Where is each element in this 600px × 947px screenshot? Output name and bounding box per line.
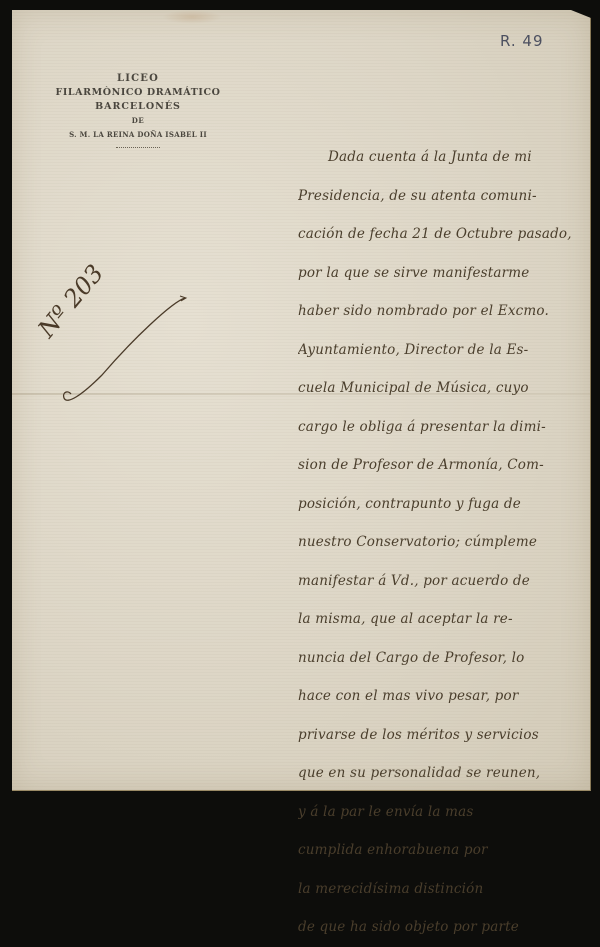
body-line: y á la par le envía la mas <box>298 793 594 801</box>
document-number: Nº 203 <box>33 259 110 343</box>
body-line: Ayuntamiento, Director de la Es- <box>298 331 594 370</box>
letterhead-line-3: BARCELONÉS <box>28 100 248 114</box>
body-line: por la que se sirve manifestarme <box>298 254 594 293</box>
letterhead-line-5: S. M. LA REINA DOÑA ISABEL II <box>28 128 248 142</box>
body-line: Presidencia, de su atenta comuni- <box>298 177 594 216</box>
body-line: haber sido nombrado por el Excmo. <box>298 292 594 331</box>
body-line: cuela Municipal de Música, cuyo <box>298 369 594 408</box>
body-line: cación de fecha 21 de Octubre pasado, <box>298 215 594 254</box>
letter-body: Dada cuenta á la Junta de mi Presidencia… <box>298 138 594 800</box>
body-line: que en su personalidad se reunen, <box>298 754 594 793</box>
letter-page: R. 49 LICEO FILARMÒNICO DRAMÁTICO BARCEL… <box>12 10 591 791</box>
body-line: privarse de los méritos y servicios <box>298 716 594 755</box>
folded-corner <box>571 10 591 18</box>
body-line: sion de Profesor de Armonía, Com- <box>298 446 594 485</box>
archive-reference-mark: R. 49 <box>500 32 544 50</box>
body-line: posición, contrapunto y fuga de <box>298 485 594 524</box>
body-line: la misma, que al aceptar la re- <box>298 600 594 639</box>
body-line: nuncia del Cargo de Profesor, lo <box>298 639 594 678</box>
letterhead-line-1: LICEO <box>28 72 248 86</box>
body-line: Dada cuenta á la Junta de mi <box>298 138 594 177</box>
body-line: cargo le obliga á presentar la dimi- <box>298 408 594 447</box>
body-line: nuestro Conservatorio; cúmpleme <box>298 523 594 562</box>
letterhead: LICEO FILARMÒNICO DRAMÁTICO BARCELONÉS D… <box>28 72 248 148</box>
letterhead-divider <box>116 147 160 148</box>
letterhead-line-4: DE <box>28 114 248 128</box>
body-line: manifestar á Vd., por acuerdo de <box>298 562 594 601</box>
body-line: hace con el mas vivo pesar, por <box>298 677 594 716</box>
paper-stain <box>162 10 222 24</box>
letterhead-line-2: FILARMÒNICO DRAMÁTICO <box>28 86 248 100</box>
